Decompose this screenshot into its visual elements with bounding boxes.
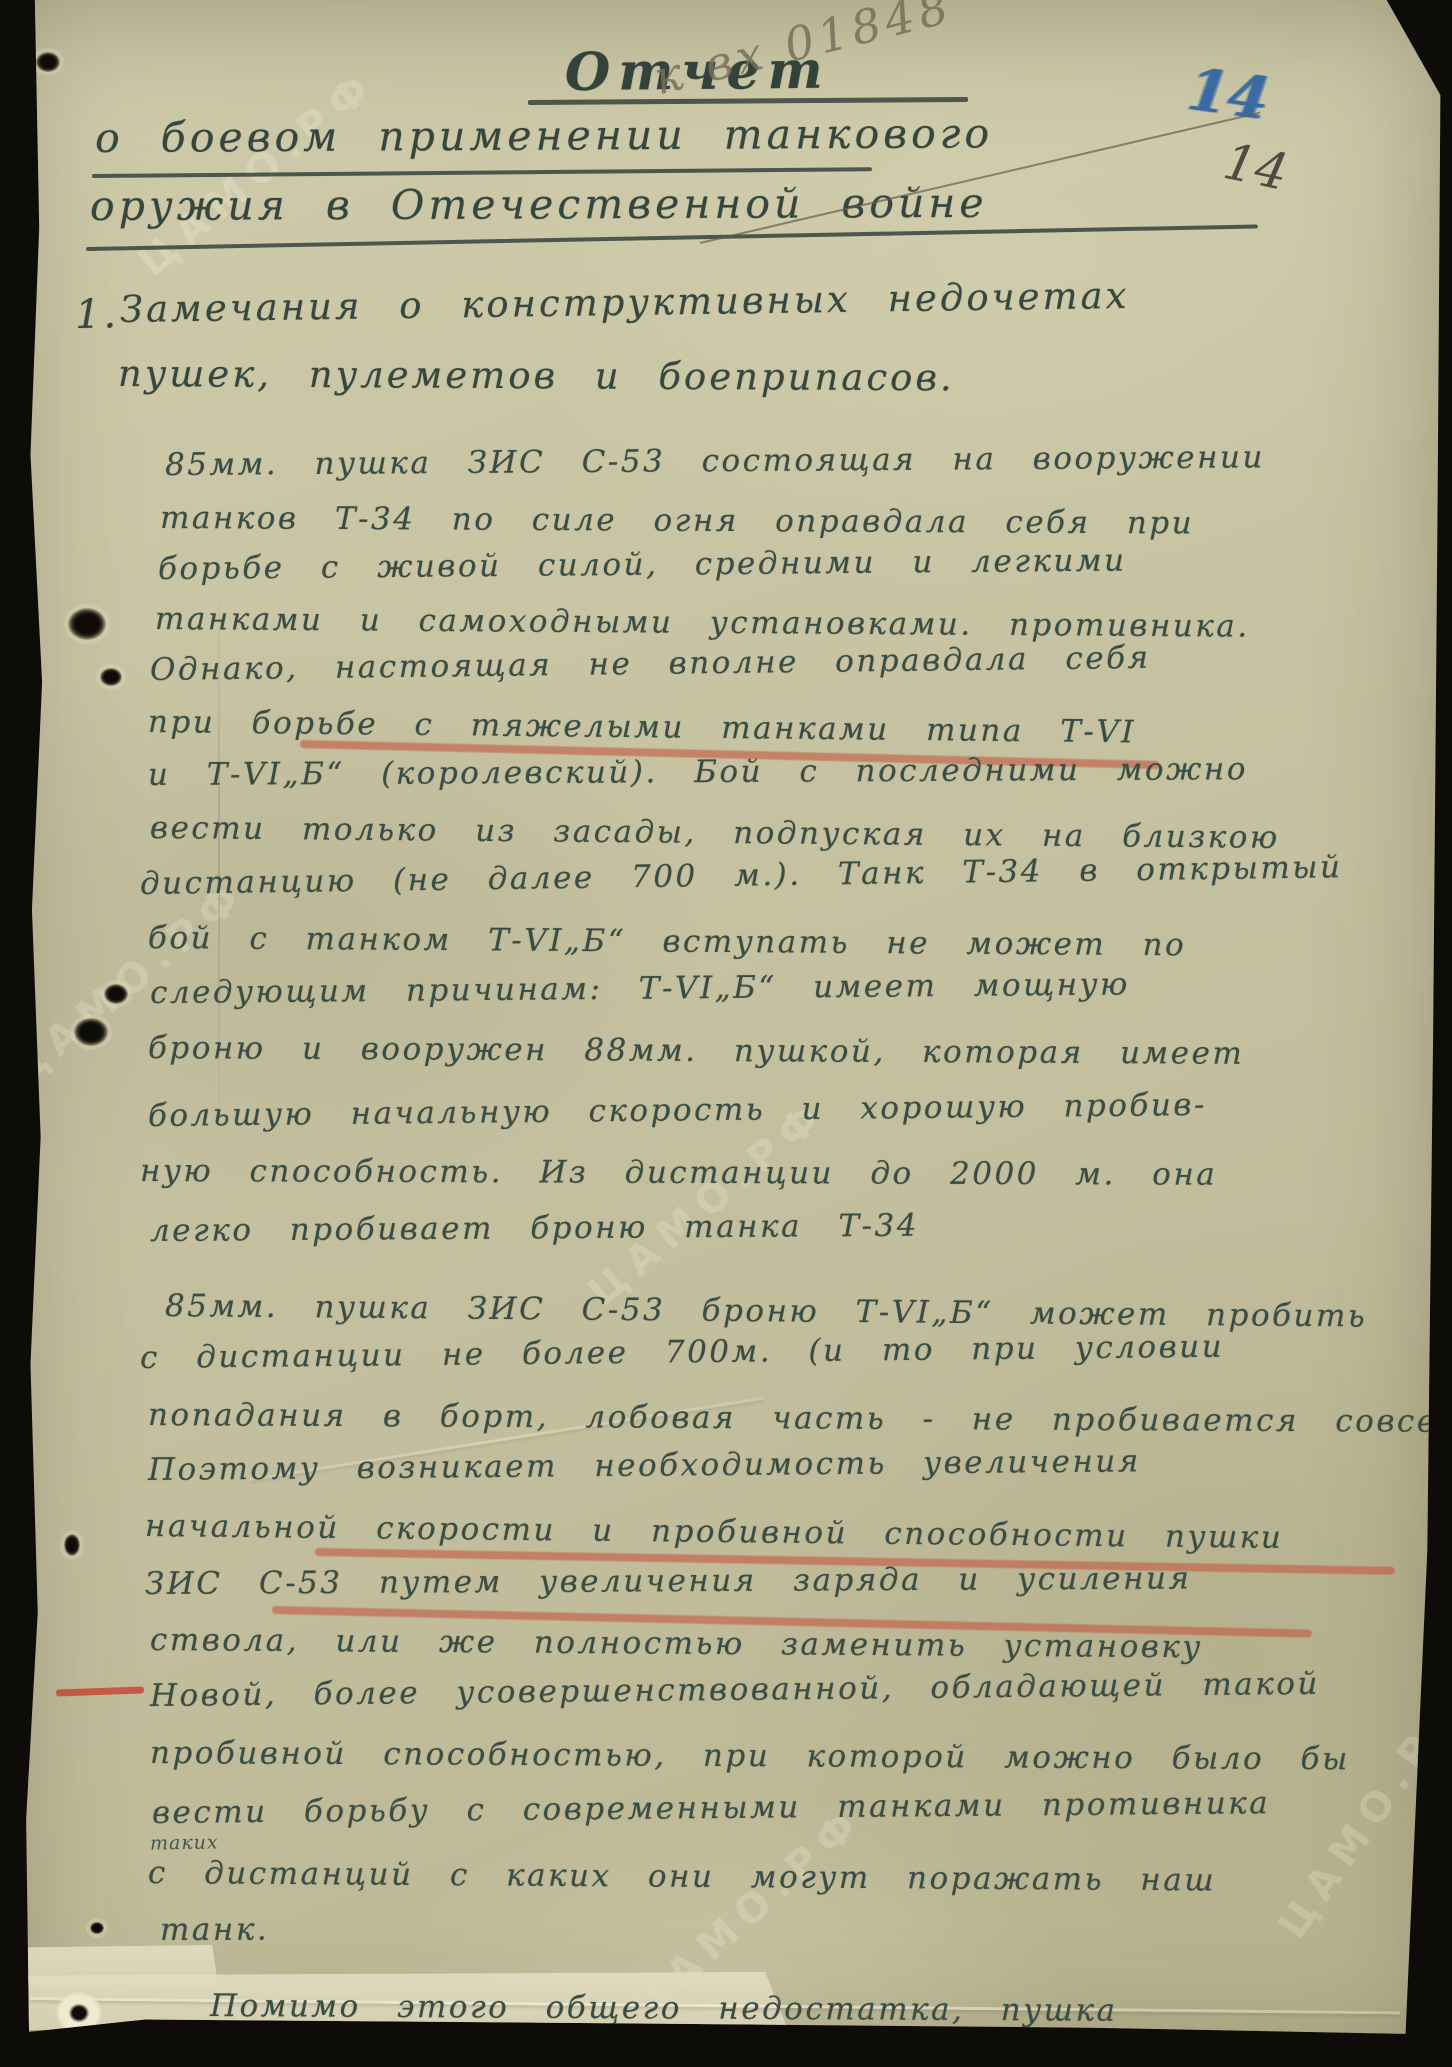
- punch-hole: [100, 668, 122, 686]
- handwritten-line: танк.: [160, 1912, 269, 1948]
- handwritten-line: при борьбе с тяжелыми танками типа Т-VI: [148, 704, 1136, 750]
- subtitle-line: о боевом применении танкового: [95, 109, 993, 162]
- page-number-old-crossed: 14: [1184, 55, 1273, 134]
- section-heading-line: пушек, пулеметов и боеприпасов.: [118, 352, 955, 399]
- handwritten-line: борьбе с живой силой, средними и легкими: [158, 543, 1127, 587]
- handwritten-line: ствола, или же полностью заменить устано…: [150, 1622, 1203, 1665]
- punch-hole: [68, 608, 106, 640]
- handwritten-line: бой с танком Т-VI„Б“ вступать не может п…: [148, 920, 1187, 963]
- punch-hole: [74, 1018, 108, 1046]
- handwritten-line: броню и вооружен 88мм. пушкой, которая и…: [148, 1030, 1244, 1072]
- punch-hole: [64, 1534, 80, 1556]
- section-heading-line: Замечания о конструктивных недочетах: [120, 274, 1130, 331]
- punch-hole: [36, 52, 60, 72]
- interlinear-insertion: таких: [150, 1831, 219, 1854]
- handwritten-line: с дистанций с каких они могут поражать н…: [148, 1855, 1216, 1898]
- section-number: 1.: [75, 291, 120, 338]
- paper: ЦАМО.РФ ЦАМО.РФ ЦАМО.РФ ЦАМО.РФ ЦАМО.РФ …: [0, 0, 1452, 2067]
- handwritten-line: танков Т-34 по силе огня оправдала себя …: [160, 500, 1194, 541]
- page-number: 14: [1219, 132, 1293, 202]
- punch-hole: [56, 1992, 102, 2034]
- handwritten-line: дистанцию (не далее 700 м.). Танк Т-34 в…: [140, 849, 1343, 902]
- handwritten-line: танками и самоходными установками. проти…: [155, 601, 1250, 645]
- handwritten-line: Поэтому возникает необходимость увеличен…: [148, 1443, 1141, 1488]
- handwritten-line: с дистанции не более 700м. (и то при усл…: [140, 1329, 1224, 1376]
- handwritten-line: вести борьбу с современными танками прот…: [152, 1785, 1271, 1831]
- handwritten-line: ЗИС С-53 путем увеличения заряда и усиле…: [145, 1561, 1192, 1602]
- handwritten-line: 85мм. пушка ЗИС С-53 состоящая на вооруж…: [165, 439, 1265, 483]
- subtitle-line: оружия в Отечественной войне: [90, 179, 988, 230]
- handwritten-line: и Т-VI„Б“ (королевский). Бой с последним…: [148, 751, 1248, 793]
- scanned-document: ЦАМО.РФ ЦАМО.РФ ЦАМО.РФ ЦАМО.РФ ЦАМО.РФ …: [0, 0, 1452, 2067]
- archive-watermark: ЦАМО.РФ: [1269, 1679, 1452, 1948]
- handwritten-line: Помимо этого общего недостатка, пушка: [210, 1988, 1118, 2029]
- handwritten-line: вести только из засады, подпуская их на …: [150, 810, 1280, 856]
- subtitle-underline: [92, 167, 872, 178]
- handwritten-line: ную способность. Из дистанции до 2000 м.…: [140, 1153, 1217, 1193]
- handwritten-line: попадания в борт, лобовая часть - не про…: [148, 1397, 1452, 1440]
- punch-hole: [90, 1922, 104, 1934]
- handwritten-line: Однако, настоящая не вполне оправдала се…: [150, 640, 1151, 688]
- paper-crease: [218, 560, 220, 1160]
- handwritten-line: Новой, более усовершенствованной, облада…: [150, 1666, 1320, 1714]
- handwritten-line: легко пробивает броню танка Т-34: [150, 1208, 919, 1249]
- punch-hole: [104, 984, 128, 1004]
- red-margin-mark: [56, 1686, 144, 1696]
- handwritten-line: большую начальную скорость и хорошую про…: [148, 1087, 1207, 1134]
- handwritten-line: 85мм. пушка ЗИС С-53 броню Т-VI„Б“ может…: [165, 1288, 1368, 1334]
- handwritten-line: следующим причинам: Т-VI„Б“ имеет мощную: [150, 966, 1130, 1011]
- handwritten-line: пробивной способностью, при которой можн…: [150, 1735, 1350, 1777]
